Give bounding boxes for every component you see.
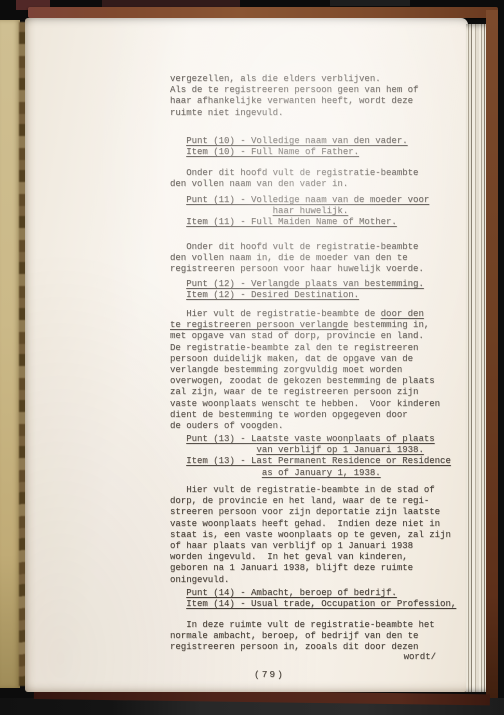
typed-line: haar huwelijk. <box>170 206 470 217</box>
typed-line: den vollen naam van den vader in. <box>170 179 470 190</box>
typed-line: overwogen, zoodat de gekozen bestemming … <box>170 376 470 387</box>
typed-line: oningevuld. <box>170 575 470 586</box>
typed-line: vaste woonplaats heeft gehad. Indien dez… <box>170 519 470 530</box>
cover-shadow-patch <box>102 0 240 7</box>
book-cover-right-edge <box>486 10 498 698</box>
paragraph-block: Onder dit hoofd vult de registratie-beam… <box>170 168 470 190</box>
typed-line: Punt (13) - Laatste vaste woonplaats of … <box>170 434 470 445</box>
heading-block: Punt (14) - Ambacht, beroep of bedrijf. … <box>170 588 470 610</box>
typed-line: Item (12) - Desired Destination. <box>170 290 470 301</box>
text-blocks: vergezellen, als die elders verblijven.A… <box>170 74 470 694</box>
heading-block: Punt (13) - Laatste vaste woonplaats of … <box>170 434 470 479</box>
book-page-photo: vergezellen, als die elders verblijven.A… <box>0 0 504 715</box>
typed-line: In deze ruimte vult de registratie-beamb… <box>170 620 470 631</box>
typed-line: te registreeren persoon verlangde bestem… <box>170 320 470 331</box>
typed-line: normale ambacht, beroep, of bedrijf van … <box>170 631 470 642</box>
typed-line: Onder dit hoofd vult de registratie-beam… <box>170 168 470 179</box>
background-shadow-patch <box>330 0 410 6</box>
typed-line: Punt (12) - Verlangde plaats van bestemm… <box>170 279 470 290</box>
typed-line: met opgave van stad of dorp, provincie e… <box>170 331 470 342</box>
typed-line: worden ingevuld. In het geval van kinder… <box>170 552 470 563</box>
typed-line: persoon duidelijk maken, dat de opgave v… <box>170 354 470 365</box>
typed-line: vergezellen, als die elders verblijven. <box>170 74 470 85</box>
typed-line: zal zijn, waar de te registreeren persoo… <box>170 387 470 398</box>
document-page: vergezellen, als die elders verblijven.A… <box>25 18 468 692</box>
typewritten-text-column: vergezellen, als die elders verblijven.A… <box>170 74 470 694</box>
typed-line: Item (10) - Full Name of Father. <box>170 147 470 158</box>
paragraph-block: In deze ruimte vult de registratie-beamb… <box>170 620 470 654</box>
typed-line: as of January 1, 1938. <box>170 468 470 479</box>
typed-line: Onder dit hoofd vult de registratie-beam… <box>170 242 470 253</box>
typed-line: dorp, de provincie en het land, waar de … <box>170 496 470 507</box>
typed-line: dient de bestemming te worden opgegeven … <box>170 410 470 421</box>
typed-line: geboren na 1 Januari 1938, blijft deze r… <box>170 563 470 574</box>
typed-line: streeren persoon voor zijn deportatie zi… <box>170 507 470 518</box>
typed-line: Item (14) - Usual trade, Occupation or P… <box>170 599 470 610</box>
typed-line: Punt (14) - Ambacht, beroep of bedrijf. <box>170 588 470 599</box>
binding-page-edge <box>0 20 20 688</box>
typed-line: registreeren persoon voor haar huwelijk … <box>170 264 470 275</box>
typed-line: Item (13) - Last Permanent Residence or … <box>170 456 470 467</box>
typed-line: Item (11) - Full Maiden Name of Mother. <box>170 217 470 228</box>
page-number: (79) <box>254 669 285 680</box>
typed-line: Punt (11) - Volledige naam van de moeder… <box>170 195 470 206</box>
heading-block: Punt (11) - Volledige naam van de moeder… <box>170 195 470 229</box>
page-fore-edge-stack <box>466 24 486 692</box>
typed-line: de ouders of voogden. <box>170 421 470 432</box>
typed-line: vaste woonplaats wenscht te hebben. Voor… <box>170 399 470 410</box>
typed-line: ruimte niet ingevuld. <box>170 108 470 119</box>
typed-line: of haar plaats van verblijf op 1 Januari… <box>170 541 470 552</box>
typed-line: van verblijf op 1 Januari 1938. <box>170 445 470 456</box>
typed-line: Als de te registreeren persoon geen van … <box>170 85 470 96</box>
paragraph-block: Hier vult de registratie-beambte de door… <box>170 309 470 432</box>
book-cover-top-edge <box>28 7 498 18</box>
typed-line: Hier vult de registratie-beambte in de s… <box>170 485 470 496</box>
typed-line: haar afhankelijke verwanten heeft, wordt… <box>170 96 470 107</box>
paragraph-block: Hier vult de registratie-beambte in de s… <box>170 485 470 586</box>
typed-line: Hier vult de registratie-beambte de door… <box>170 309 470 320</box>
typed-line: staat is, een vaste woonplaats op te gev… <box>170 530 470 541</box>
typed-line: De registratie-beambte zal den te regist… <box>170 343 470 354</box>
typed-line: den vollen naam in, die de moeder van de… <box>170 253 470 264</box>
paragraph-block: Onder dit hoofd vult de registratie-beam… <box>170 242 470 276</box>
heading-block: Punt (10) - Volledige naam van den vader… <box>170 136 470 158</box>
typed-line: verlangde bestemming zorgvuldig moet wor… <box>170 365 470 376</box>
heading-block: Punt (12) - Verlangde plaats van bestemm… <box>170 279 470 301</box>
paragraph-block: vergezellen, als die elders verblijven.A… <box>170 74 470 119</box>
catchword: wordt/ <box>170 652 470 663</box>
typed-line: Punt (10) - Volledige naam van den vader… <box>170 136 470 147</box>
